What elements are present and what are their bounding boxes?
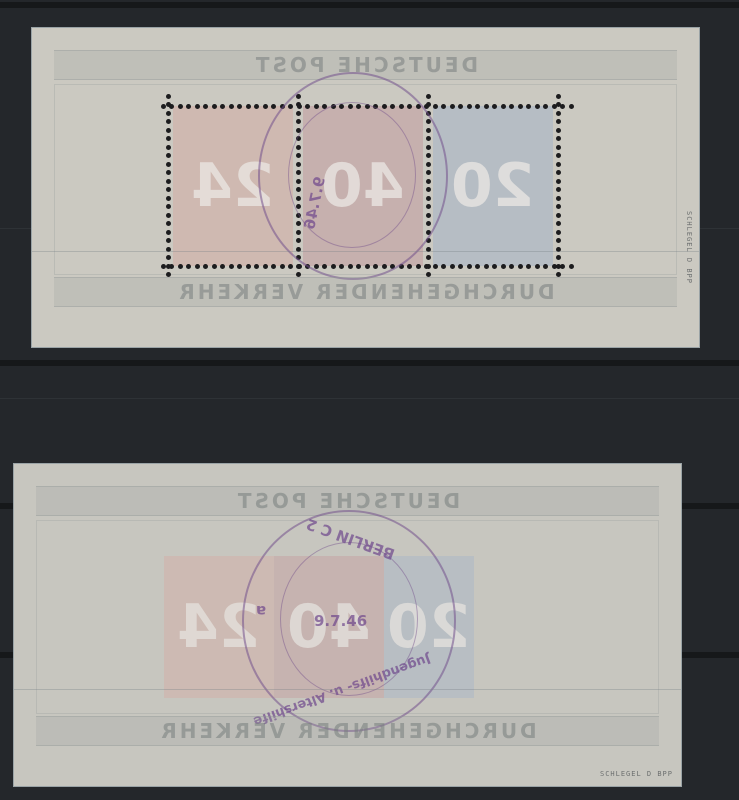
perforation-hole xyxy=(229,104,234,109)
perforation-hole xyxy=(556,170,561,175)
perforation-hole xyxy=(556,153,561,158)
perforation-hole xyxy=(560,264,565,269)
perforation-hole xyxy=(220,104,225,109)
perforation-hole xyxy=(166,213,171,218)
perforation-hole xyxy=(569,104,574,109)
perforation-hole xyxy=(433,104,438,109)
perforation-hole xyxy=(501,264,506,269)
perforation-hole xyxy=(426,94,431,99)
perforation-hole xyxy=(178,104,183,109)
perforation-hole xyxy=(203,104,208,109)
perforation-hole xyxy=(501,104,506,109)
stockbook-strip xyxy=(0,360,739,366)
perforation-hole xyxy=(475,104,480,109)
perforation-hole xyxy=(569,264,574,269)
perforation-hole xyxy=(237,264,242,269)
perforation-hole xyxy=(426,255,431,260)
perforation-hole xyxy=(492,104,497,109)
perforation-hole xyxy=(246,104,251,109)
postmark-letter: a xyxy=(256,602,266,620)
perforation-hole xyxy=(166,179,171,184)
perforation-hole xyxy=(543,264,548,269)
perforation-hole xyxy=(271,104,276,109)
perforation-hole xyxy=(556,213,561,218)
perforation-hole xyxy=(166,230,171,235)
perforation-hole xyxy=(246,264,251,269)
perforation-hole xyxy=(426,264,431,269)
perforation-hole xyxy=(166,119,171,124)
perforation-hole xyxy=(186,104,191,109)
sheet-footer-band: DURCHGEHENDER VERKEHR xyxy=(36,716,659,746)
perforation-hole xyxy=(518,264,523,269)
perforation-hole xyxy=(509,264,514,269)
perforation-hole xyxy=(166,170,171,175)
perforation-hole xyxy=(467,104,472,109)
perforation-hole xyxy=(475,264,480,269)
sheet-footer-band: DURCHGEHENDER VERKEHR xyxy=(54,277,677,307)
perforation-hole xyxy=(263,264,268,269)
perforation-hole xyxy=(166,162,171,167)
perforation-hole xyxy=(280,264,285,269)
perforation-hole xyxy=(166,196,171,201)
perforation-hole xyxy=(560,104,565,109)
perforation-hole xyxy=(195,104,200,109)
perforation-hole xyxy=(556,247,561,252)
perforation-hole xyxy=(556,102,561,107)
perforation-hole xyxy=(484,264,489,269)
perforation-hole xyxy=(166,102,171,107)
perforation-hole xyxy=(166,221,171,226)
perforation-hole xyxy=(166,204,171,209)
perforation-hole xyxy=(518,104,523,109)
perforation-hole xyxy=(161,264,166,269)
perforation-hole xyxy=(556,264,561,269)
perforation-hole xyxy=(556,187,561,192)
perforation-hole xyxy=(556,94,561,99)
perforation-hole xyxy=(535,264,540,269)
souvenir-sheet-top: DEUTSCHE POST 24 40 20 9.7.46 DURCHGEHEN… xyxy=(32,28,699,347)
perforation-hole xyxy=(484,104,489,109)
perforation-hole xyxy=(186,264,191,269)
perforation-hole xyxy=(509,104,514,109)
perforation-hole xyxy=(220,264,225,269)
perforation-hole xyxy=(450,104,455,109)
perforation-hole xyxy=(166,94,171,99)
perforation-hole xyxy=(178,264,183,269)
perforation-hole xyxy=(433,264,438,269)
perforation-hole xyxy=(467,264,472,269)
perforation-hole xyxy=(166,264,171,269)
perforation-hole xyxy=(556,255,561,260)
perforation-hole xyxy=(416,264,421,269)
perforation-hole xyxy=(212,104,217,109)
perforation-hole xyxy=(458,104,463,109)
perforation-hole xyxy=(254,104,259,109)
perforation-hole xyxy=(556,204,561,209)
perforation-hole xyxy=(195,264,200,269)
perforation-hole xyxy=(166,255,171,260)
perforation-hole xyxy=(426,102,431,107)
perforation-hole xyxy=(492,264,497,269)
perforation-hole xyxy=(166,136,171,141)
perforation-hole xyxy=(161,104,166,109)
perforation-hole xyxy=(263,104,268,109)
perforation-hole xyxy=(271,264,276,269)
perforation-hole xyxy=(254,264,259,269)
perforation-hole xyxy=(556,238,561,243)
perforation-hole xyxy=(556,230,561,235)
perforation-hole xyxy=(203,264,208,269)
perforation-hole xyxy=(166,145,171,150)
expert-signature: SCHLEGEL D BPP xyxy=(685,211,693,284)
perforation-hole xyxy=(166,111,171,116)
perforation-hole xyxy=(229,264,234,269)
perforation-hole xyxy=(526,264,531,269)
perforation-hole xyxy=(441,104,446,109)
perforation-hole xyxy=(296,264,301,269)
perforation-hole xyxy=(556,111,561,116)
stamp-20: 20 xyxy=(433,106,553,266)
expert-signature: SCHLEGEL D BPP xyxy=(600,770,673,778)
perforation-hole xyxy=(543,104,548,109)
perforation-hole xyxy=(556,128,561,133)
stockbook-line xyxy=(0,398,739,399)
perforation-hole xyxy=(556,221,561,226)
perforation-hole xyxy=(526,104,531,109)
perforation-hole xyxy=(535,104,540,109)
perforation-hole xyxy=(407,264,412,269)
perforation-hole xyxy=(288,264,293,269)
postmark: BERLIN C 2 9.7.46 a Jugendhilfs- u. Alte… xyxy=(242,510,456,732)
perforation-hole xyxy=(458,264,463,269)
perforation-hole xyxy=(556,179,561,184)
perforation-hole xyxy=(450,264,455,269)
perforation-hole xyxy=(426,247,431,252)
perforation-hole xyxy=(166,238,171,243)
stamp-value: 20 xyxy=(451,151,535,221)
perforation-hole xyxy=(556,162,561,167)
perforation-hole xyxy=(556,196,561,201)
perforation-hole xyxy=(166,153,171,158)
perforation-hole xyxy=(166,128,171,133)
souvenir-sheet-bottom: DEUTSCHE POST 24 40 20 BERLIN C 2 9.7.46… xyxy=(14,464,681,786)
perforation-hole xyxy=(441,264,446,269)
perforation-hole xyxy=(212,264,217,269)
perforation-hole xyxy=(556,136,561,141)
perforation-hole xyxy=(556,119,561,124)
postmark: 9.7.46 xyxy=(258,72,448,280)
postmark-date: 9.7.46 xyxy=(314,612,367,630)
perforation-hole xyxy=(556,145,561,150)
perforation-hole xyxy=(166,247,171,252)
stockbook-strip xyxy=(0,2,739,8)
perforation-hole xyxy=(237,104,242,109)
perforation-hole xyxy=(166,187,171,192)
